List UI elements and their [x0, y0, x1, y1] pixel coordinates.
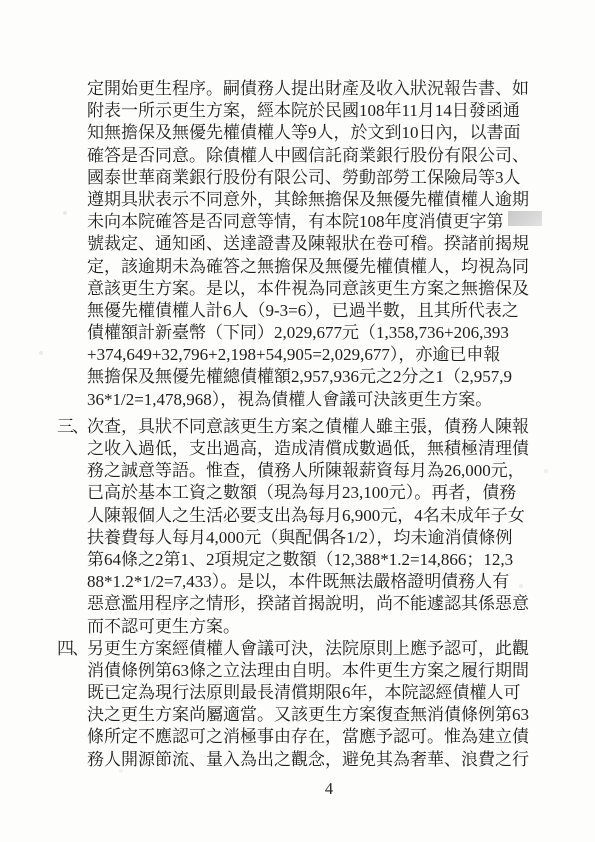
text-line: 遵期具狀表示不同意外，其餘無擔保及無優先權債權人逾期 [57, 189, 542, 211]
text-line: 無優先權債權人計6人（9-3=6），已過半數，且其所代表之 [57, 300, 542, 322]
line-text: 消債條例第63條之立法理由自明。本件更生方案之履行期間 [87, 660, 529, 682]
text-line: 88*1.2*1/2=7,433）。是以，本件既無法嚴格證明債務人有 [57, 571, 542, 593]
line-text: 意該更生方案。是以，本件視為同意該更生方案之無擔保及 [87, 278, 529, 300]
list-marker: 四、 [57, 638, 87, 660]
text-line: 36*1/2=1,478,968），視為債權人會議可決該更生方案。 [57, 389, 542, 411]
line-text: 國泰世華商業銀行股份有限公司、勞動部勞工保險局等3人 [87, 167, 521, 189]
document-page: 定開始更生程序。嗣債務人提出財產及收入狀況報告書、如 附表一所示更生方案，經本院… [0, 0, 595, 842]
line-text: 惡意濫用程序之情形，揆諸首揭說明，尚不能遽認其係惡意 [87, 593, 529, 615]
text-line: 債權額計新臺幣（下同）2,029,677元（1,358,736+206,393 [57, 322, 542, 344]
line-text: 知無擔保及無優先權債權人等9人，於文到10日內，以書面 [87, 122, 521, 144]
text-line: 既已定為現行法原則最長清償期限6年，本院認經債權人可 [57, 682, 542, 704]
document-body: 定開始更生程序。嗣債務人提出財產及收入狀況報告書、如 附表一所示更生方案，經本院… [57, 78, 542, 771]
line-text: 定開始更生程序。嗣債務人提出財產及收入狀況報告書、如 [87, 78, 529, 100]
line-text: 號裁定、通知函、送達證書及陳報狀在卷可稽。揆諸前揭規 [87, 233, 529, 255]
text-line: 未向本院確答是否同意等情，有本院108年度消債更字第 [57, 211, 542, 233]
line-text: 決之更生方案尚屬適當。又該更生方案復查無消債條例第63 [87, 704, 529, 726]
line-text: 遵期具狀表示不同意外，其餘無擔保及無優先權債權人逾期 [87, 189, 529, 211]
list-marker: 三、 [57, 416, 87, 438]
text-line: 國泰世華商業銀行股份有限公司、勞動部勞工保險局等3人 [57, 167, 542, 189]
line-text: 次查，具狀不同意該更生方案之債權人雖主張，債務人陳報 [87, 416, 529, 438]
text-line: 三、 次查，具狀不同意該更生方案之債權人雖主張，債務人陳報 [57, 416, 542, 438]
text-line: 定開始更生程序。嗣債務人提出財產及收入狀況報告書、如 [57, 78, 542, 100]
line-text: 附表一所示更生方案，經本院於民國108年11月14日發函通 [87, 100, 520, 122]
line-text: 88*1.2*1/2=7,433）。是以，本件既無法嚴格證明債務人有 [87, 571, 509, 593]
text-line: 人陳報個人之生活必要支出為每月6,900元，4名未成年子女 [57, 505, 542, 527]
text-line: 條所定不應認可之消極事由存在，當應予認可。惟為建立債 [57, 726, 542, 748]
text-line: 附表一所示更生方案，經本院於民國108年11月14日發函通 [57, 100, 542, 122]
text-line: 務之誠意等語。惟查，債務人所陳報薪資每月為26,000元， [57, 460, 542, 482]
text-line: 決之更生方案尚屬適當。又該更生方案復查無消債條例第63 [57, 704, 542, 726]
text-line: 意該更生方案。是以，本件視為同意該更生方案之無擔保及 [57, 278, 542, 300]
line-text: 人陳報個人之生活必要支出為每月6,900元，4名未成年子女 [87, 505, 525, 527]
text-line: 定，該逾期未為確答之無擔保及無優先權債權人，均視為同 [57, 256, 542, 278]
text-line: 無擔保及無優先權總債權額2,957,936元之2分之1（2,957,9 [57, 366, 542, 388]
line-text: 之收入過低，支出過高，造成清償成數過低，無積極清理債 [87, 438, 529, 460]
line-text: 確答是否同意。除債權人中國信託商業銀行股份有限公司、 [87, 145, 529, 167]
text-line: 已高於基本工資之數額（現為每月23,100元）。再者，債務 [57, 482, 542, 504]
line-text: 已高於基本工資之數額（現為每月23,100元）。再者，債務 [87, 482, 516, 504]
page-number: 4 [312, 779, 346, 799]
text-line: +374,649+32,796+2,198+54,905=2,029,677），… [57, 344, 542, 366]
text-line: 消債條例第63條之立法理由自明。本件更生方案之履行期間 [57, 660, 542, 682]
text-line: 四、 另更生方案經債權人會議可決，法院原則上應予認可，此觀 [57, 638, 542, 660]
line-text: 條所定不應認可之消極事由存在，當應予認可。惟為建立債 [87, 726, 529, 748]
line-text: 定，該逾期未為確答之無擔保及無優先權債權人，均視為同 [87, 256, 529, 278]
text-line: 務人開源節流、量入為出之觀念，避免其為奢華、浪費之行 [57, 749, 542, 771]
line-text: 債權額計新臺幣（下同）2,029,677元（1,358,736+206,393 [87, 322, 509, 344]
scan-noise [0, 0, 2, 2]
text-line: 第64條之2第1、2項規定之數額（12,388*1.2=14,866；12,3 [57, 549, 542, 571]
line-text: 未向本院確答是否同意等情，有本院108年度消債更字第 [87, 211, 504, 233]
text-line: 而不認可更生方案。 [57, 616, 542, 638]
text-line: 號裁定、通知函、送達證書及陳報狀在卷可稽。揆諸前揭規 [57, 233, 542, 255]
line-text: 而不認可更生方案。 [87, 616, 240, 638]
redaction-box [508, 211, 542, 226]
line-text: 務人開源節流、量入為出之觀念，避免其為奢華、浪費之行 [87, 749, 529, 771]
text-line: 知無擔保及無優先權債權人等9人，於文到10日內，以書面 [57, 122, 542, 144]
text-line: 之收入過低，支出過高，造成清償成數過低，無積極清理債 [57, 438, 542, 460]
line-text: 無擔保及無優先權總債權額2,957,936元之2分之1（2,957,9 [87, 366, 512, 388]
text-line: 扶養費每人每月4,000元（與配偶各1/2），均未逾消債條例 [57, 527, 542, 549]
line-text: 第64條之2第1、2項規定之數額（12,388*1.2=14,866；12,3 [87, 549, 513, 571]
text-line: 惡意濫用程序之情形，揆諸首揭說明，尚不能遽認其係惡意 [57, 593, 542, 615]
line-text: 務之誠意等語。惟查，債務人所陳報薪資每月為26,000元， [87, 460, 525, 482]
line-text: +374,649+32,796+2,198+54,905=2,029,677），… [87, 344, 500, 366]
line-text: 扶養費每人每月4,000元（與配偶各1/2），均未逾消債條例 [87, 527, 512, 549]
line-text: 36*1/2=1,478,968），視為債權人會議可決該更生方案。 [87, 389, 492, 411]
line-text: 另更生方案經債權人會議可決，法院原則上應予認可，此觀 [87, 638, 529, 660]
text-line: 確答是否同意。除債權人中國信託商業銀行股份有限公司、 [57, 145, 542, 167]
line-text: 既已定為現行法原則最長清償期限6年，本院認經債權人可 [87, 682, 521, 704]
line-text: 無優先權債權人計6人（9-3=6），已過半數，且其所代表之 [87, 300, 519, 322]
